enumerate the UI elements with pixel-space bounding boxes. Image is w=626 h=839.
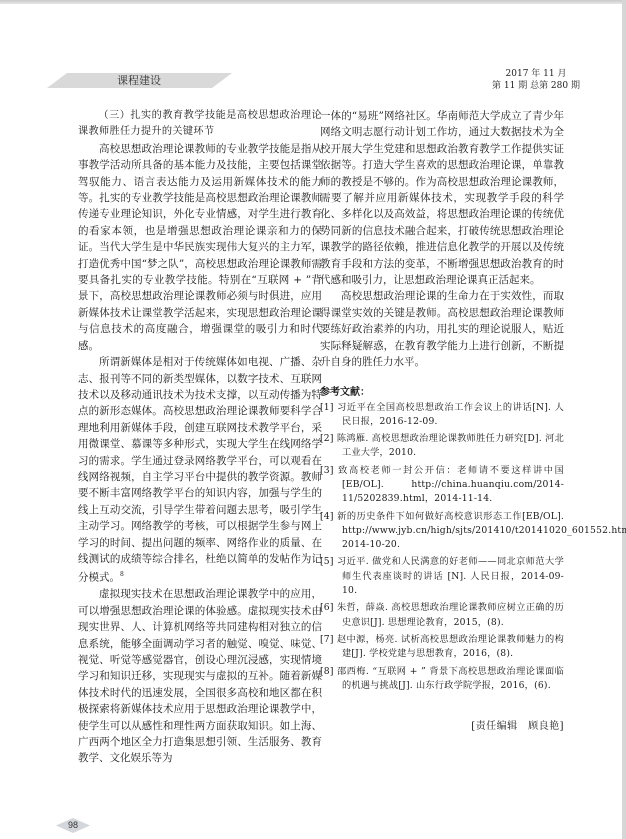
reference-item: [4] 新的历史条件下如何做好高校意识形态工作[EB/OL]. http://w… bbox=[320, 510, 564, 553]
reference-item: [3] 致高校老师一封公开信：老师请不要这样讲中国[EB/OL]. http:/… bbox=[320, 464, 564, 507]
body-paragraph: 所谓新媒体是相对于传统媒体如电视、广播、杂志、报刊等不同的新类型媒体，以数字技术… bbox=[78, 354, 322, 586]
page-top-shadow bbox=[0, 0, 626, 4]
page-number: 98 bbox=[56, 818, 90, 833]
body-paragraph: 一体的“易班”网络社区。华南师范大学成立了青少年网络文明志愿行动计划工作坊，通过… bbox=[320, 108, 564, 288]
body-paragraph: 高校思想政治理论课教师的专业教学技能是指从事教学活动所具备的基本能力及技能，主要… bbox=[78, 141, 322, 354]
reference-item: [6] 朱哲，薛焱. 高校思想政治理论课教师应树立正确的历史意识[J]. 思想理… bbox=[320, 601, 564, 630]
section-title: 课程建设 bbox=[117, 74, 161, 87]
reference-item: [2] 陈鸿雁. 高校思想政治理论课教师胜任力研究[D]. 河北工业大学，201… bbox=[320, 432, 564, 461]
left-column: （三）扎实的教育教学技能是高校思想政治理论课教师胜任力提升的关键环节 高校思想政… bbox=[78, 108, 322, 767]
body-paragraph: 虚拟现实技术在思想政治理论课教学中的应用，可以增强思想政治理论课的体验感。虚拟现… bbox=[78, 586, 322, 766]
responsible-editor: [责任编辑 顾良艳] bbox=[320, 719, 564, 735]
section-tab: 课程建设 bbox=[47, 73, 232, 88]
reference-item: [5] 习近平. 做党和人民满意的好老师——同北京师范大学师生代表座谈时的讲话 … bbox=[320, 555, 564, 598]
page-right-edge bbox=[622, 0, 626, 839]
body-paragraph: 高校思想政治理论课的生命力在于实效性，而取得课堂实效的关键是教师。高校思想政治理… bbox=[320, 288, 564, 370]
paragraph-text: 所谓新媒体是相对于传统媒体如电视、广播、杂志、报刊等不同的新类型媒体，以数字技术… bbox=[78, 356, 322, 584]
subsection-heading: （三）扎实的教育教学技能是高校思想政治理论课教师胜任力提升的关键环节 bbox=[78, 108, 322, 141]
issue-date: 2017 年 11 月 bbox=[486, 68, 586, 80]
reference-item: [8] 邵西梅. “互联网 + ” 背景下高校思想政治理论课面临的机遇与挑战[J… bbox=[320, 665, 564, 694]
references-title: 参考文献： bbox=[320, 385, 564, 401]
issue-info: 2017 年 11 月 第 11 期 总第 280 期 bbox=[486, 68, 586, 92]
references-list: [1] 习近平在全国高校思想政治工作会议上的讲话[N]. 人民日报，2016-1… bbox=[320, 401, 564, 694]
right-column: 一体的“易班”网络社区。华南师范大学成立了青少年网络文明志愿行动计划工作坊，通过… bbox=[320, 108, 564, 736]
issue-number: 第 11 期 总第 280 期 bbox=[486, 80, 586, 92]
footnote-mark: 8 bbox=[120, 571, 124, 578]
reference-item: [1] 习近平在全国高校思想政治工作会议上的讲话[N]. 人民日报，2016-1… bbox=[320, 401, 564, 430]
reference-item: [7] 赵中源，杨亮. 试析高校思想政治理论课教师魅力的构建[J]. 学校党建与… bbox=[320, 633, 564, 662]
